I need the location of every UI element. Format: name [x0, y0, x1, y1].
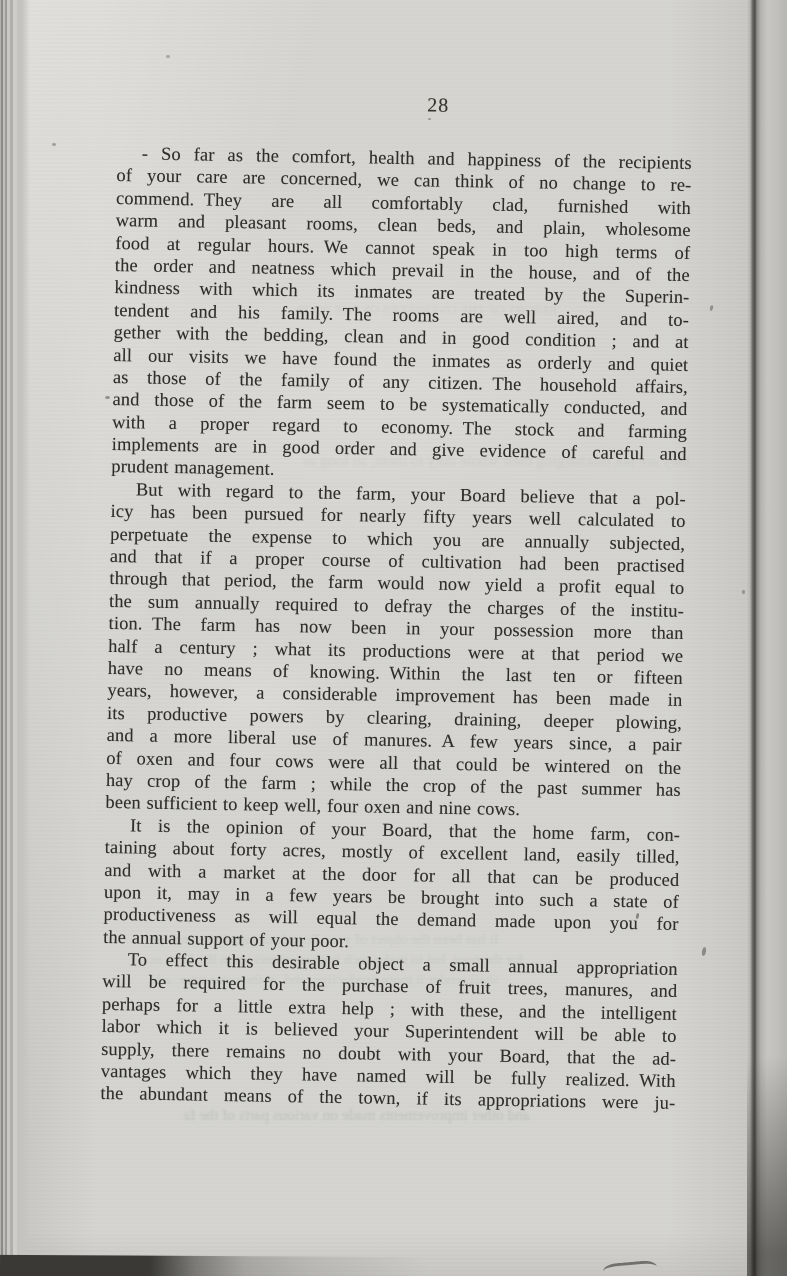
paragraph: But with regard to the farm, your Board … — [105, 478, 686, 824]
ink-speck — [166, 55, 170, 58]
binding-edge — [0, 0, 30, 1276]
page-content: 28 - So far as the comfort, health and h… — [100, 88, 693, 1115]
scan-edge-bottom — [0, 1255, 430, 1276]
ink-speck — [428, 118, 431, 120]
page-edge-right-shadow — [747, 1056, 787, 1276]
ink-speck — [742, 590, 745, 594]
paragraph: To effect this desirable object a small … — [100, 948, 678, 1115]
ink-speck — [701, 947, 707, 957]
ink-speck — [105, 396, 110, 399]
paragraph: It is the opinion of your Board, that th… — [103, 814, 680, 958]
page-number: 28 — [184, 89, 693, 122]
text-block: - So far as the comfort, health and happ… — [100, 142, 692, 1115]
ink-speck — [52, 143, 56, 146]
ink-speck — [709, 305, 713, 312]
scan-edge-curve — [602, 1260, 657, 1276]
scanned-book-page: REPORT OF THE OVERSEERS OF THE POOR.they… — [0, 0, 787, 1276]
paragraph: - So far as the comfort, health and happ… — [111, 142, 692, 488]
